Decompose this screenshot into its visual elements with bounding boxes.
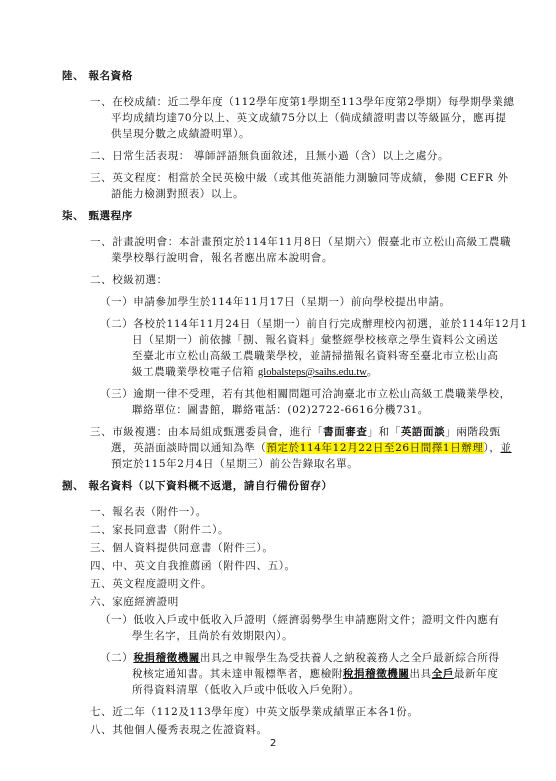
materials-item-4: 四、中、英文自我推薦函（附件四、五）。 — [90, 559, 296, 573]
underlined-term-whole-household: 全戶 — [432, 668, 454, 680]
text: 稅核定通知書。其未達申報標準者，應檢附 — [132, 668, 343, 680]
eligibility-item-2: 二、日常生活表現： 導師評語無負面敘述，且無小過（含）以上之處分。 — [90, 149, 449, 163]
eligibility-item-1-line-3: 供呈現分數之成績證明單）。 — [111, 127, 250, 141]
selection-item-3-line-1: 三、市級複選：由本局組成甄選委員會，進行「書面審查」和「英語面談」兩階段甄 — [90, 425, 501, 439]
text: ）， — [484, 442, 501, 454]
text: 最新年度 — [454, 668, 498, 680]
materials-item-6-sub-2-line-1: （二）稅捐稽徵機關出具之申報學生為受扶養人之納稅義務人之全戶最新綜合所得 — [100, 651, 500, 665]
section-heading-selection: 柒、 甄選程序 — [62, 209, 133, 223]
document-page: 陸、 報名資格 一、在校成績：近二學年度（112學年度第1學期至113學年度第2… — [0, 0, 556, 781]
materials-item-6-sub-2-line-2: 稅核定通知書。其未達申報標準者，應檢附稅捐稽徵機關出具全戶最新年度 — [132, 667, 498, 681]
selection-item-2-sub-2-line-1: （二）各校於114年11月24日（星期一）前自行完成辦理校內初選，並於114年1… — [100, 317, 528, 331]
materials-item-1: 一、報名表（附件一）。 — [90, 505, 207, 519]
section-heading-application-materials: 捌、 報名資料（以下資料概不返還，請自行備份留存） — [62, 479, 333, 493]
bold-term-document-review: 書面審查 — [323, 426, 367, 438]
materials-item-5: 五、英文程度證明文件。 — [90, 577, 212, 591]
selection-item-2-sub-2-line-4: 級工農職業學校電子信箱 globalsteps@saihs.edu.tw。 — [132, 365, 378, 380]
text: 選，英語面談時間以通知為準（ — [111, 442, 266, 454]
materials-item-6-sub-1-line-2: 學生名字，且尚於有效期限內）。 — [132, 629, 293, 643]
eligibility-item-3-line-1: 三、英文程度：相當於全民英檢中級（或其他英語能力測驗同等成績，參閱 CEFR 外 — [90, 171, 509, 185]
selection-item-1-line-1: 一、計畫說明會：本計畫預定於114年11月8日（星期六）假臺北市立松山高級工農職 — [90, 235, 511, 249]
text: （二） — [100, 652, 133, 664]
selection-item-2-sub-3-line-1: （三）逾期一律不受理，若有其他相關問題可洽詢臺北市立松山高級工農職業學校， — [100, 387, 511, 401]
text: 」兩階段甄 — [445, 426, 501, 438]
selection-item-2-sub-3-line-2: 聯絡單位：圖書館，聯絡電話：(02)2722-6616分機731。 — [132, 403, 429, 417]
materials-item-3: 三、個人資料提供同意書（附件三）。 — [90, 541, 273, 555]
eligibility-item-1-line-2: 平均成績均達70分以上、英文成績75分以上（倘成績證明書以等級區分，應再提 — [111, 111, 506, 125]
text: 。 — [367, 366, 378, 378]
text: 出具 — [410, 668, 432, 680]
selection-item-2: 二、校級初選： — [90, 273, 168, 287]
eligibility-item-1-line-1: 一、在校成績：近二學年度（112學年度第1學期至113學年度第2學期）每學期學業… — [90, 95, 515, 109]
email-link[interactable]: globalsteps@saihs.edu.tw — [258, 367, 367, 378]
materials-item-6: 六、家庭經濟證明 — [90, 595, 179, 609]
selection-item-3-line-2: 選，英語面談時間以通知為準（預定於114年12月22日至26日間擇1日辦理），並 — [111, 441, 512, 455]
selection-item-2-sub-2-line-2: 日（星期一）前依據「捌、報名資料」彙整經學校核章之學生資料公文函送 — [132, 333, 498, 347]
text: 並 — [500, 442, 511, 454]
materials-item-8: 八、其他個人優秀表現之佐證資料。 — [90, 723, 268, 737]
text: 」和「 — [368, 426, 401, 438]
eligibility-item-3-line-2: 語能力檢測對照表）以上。 — [111, 187, 244, 201]
highlighted-interview-date: 預定於114年12月22日至26日間擇1日辦理 — [266, 442, 483, 454]
materials-item-7: 七、近二年（112及113學年度）中英文版學業成績單正本各1份。 — [90, 705, 418, 719]
materials-item-6-sub-2-line-3: 所得資料清單（低收入戶或中低收入戶免附）。 — [132, 683, 360, 697]
text: 級工農職業學校電子信箱 — [132, 366, 258, 378]
section-heading-eligibility: 陸、 報名資格 — [62, 69, 133, 83]
selection-item-2-sub-1: （一）申請參加學生於114年11月17日（星期一）前向學校提出申請。 — [100, 295, 451, 309]
bold-term-english-interview: 英語面談 — [401, 426, 445, 438]
materials-item-2: 二、家長同意書（附件二）。 — [90, 523, 229, 537]
text: 出具之申報學生為受扶養人之納稅義務人之全戶最新綜合所得 — [200, 652, 500, 664]
materials-item-6-sub-1-line-1: （一）低收入戶或中低收入戶證明（經濟弱勢學生申請應附文件；證明文件內應有 — [100, 613, 500, 627]
text: 三、市級複選：由本局組成甄選委員會，進行「 — [90, 426, 323, 438]
page-number: 2 — [270, 738, 276, 749]
selection-item-2-sub-2-line-3: 至臺北市立松山高級工農職業學校，並請掃描報名資料寄至臺北市立松山高 — [132, 349, 498, 363]
underlined-term-tax-authority: 稅捐稽徵機關 — [133, 652, 200, 664]
selection-item-1-line-2: 業學校舉行說明會，報名者應出席本說明會。 — [111, 251, 333, 265]
selection-item-3-line-3: 預定於115年2月4日（星期三）前公告錄取名單。 — [111, 457, 358, 471]
underlined-term-tax-authority: 稅捐稽徵機關 — [343, 668, 410, 680]
